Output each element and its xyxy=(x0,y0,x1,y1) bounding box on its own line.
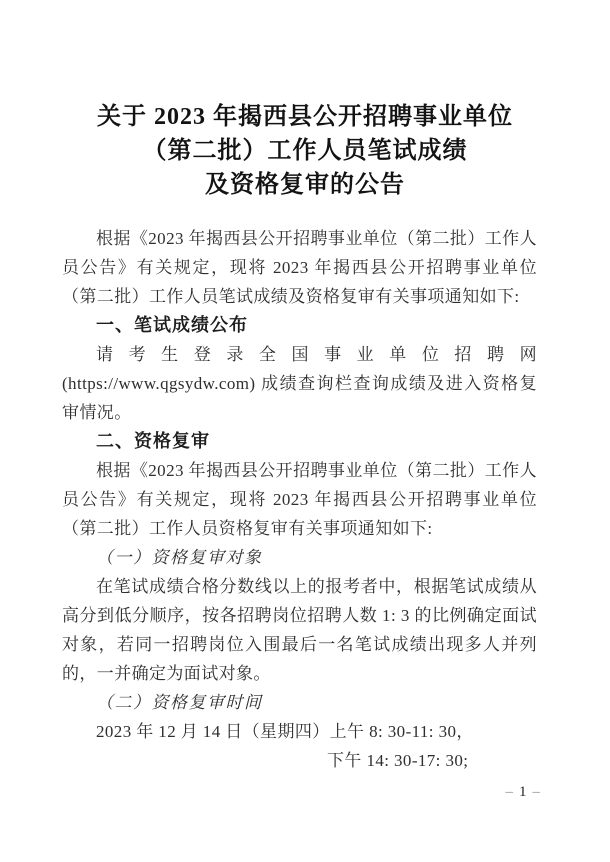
section1-heading: 一、笔试成绩公布 xyxy=(62,311,537,340)
title-line-3: 及资格复审的公告 xyxy=(0,168,610,202)
document-body: 根据《2023 年揭西县公开招聘事业单位（第二批）工作人员公告》有关规定，现将 … xyxy=(0,224,610,775)
title-line-2: （第二批）工作人员笔试成绩 xyxy=(0,134,610,168)
sub2-time-line-2: 下午 14: 30-17: 30; xyxy=(62,746,537,775)
document-title: 关于 2023 年揭西县公开招聘事业单位 （第二批）工作人员笔试成绩 及资格复审… xyxy=(0,0,610,202)
page-number-left-dash: – xyxy=(506,784,516,800)
section2-intro: 根据《2023 年揭西县公开招聘事业单位（第二批）工作人员公告》有关规定，现将 … xyxy=(62,456,537,543)
intro-paragraph: 根据《2023 年揭西县公开招聘事业单位（第二批）工作人员公告》有关规定，现将 … xyxy=(62,224,537,311)
section1-body: 请考生登录全国事业单位招聘网 (https://www.qgsydw.com) … xyxy=(62,340,537,427)
page-number-right-dash: – xyxy=(533,784,543,800)
sub2-heading: （二）资格复审时间 xyxy=(62,688,537,717)
title-line-1: 关于 2023 年揭西县公开招聘事业单位 xyxy=(0,100,610,134)
sub2-time-line-1: 2023 年 12 月 14 日（星期四）上午 8: 30-11: 30， xyxy=(62,717,537,746)
document-page: 关于 2023 年揭西县公开招聘事业单位 （第二批）工作人员笔试成绩 及资格复审… xyxy=(0,0,610,862)
section2-heading: 二、资格复审 xyxy=(62,427,537,456)
page-number: –1– xyxy=(506,784,543,801)
sub1-heading: （一）资格复审对象 xyxy=(62,543,537,572)
page-number-value: 1 xyxy=(515,784,533,800)
sub1-body: 在笔试成绩合格分数线以上的报考者中，根据笔试成绩从高分到低分顺序，按各招聘岗位招… xyxy=(62,572,537,688)
